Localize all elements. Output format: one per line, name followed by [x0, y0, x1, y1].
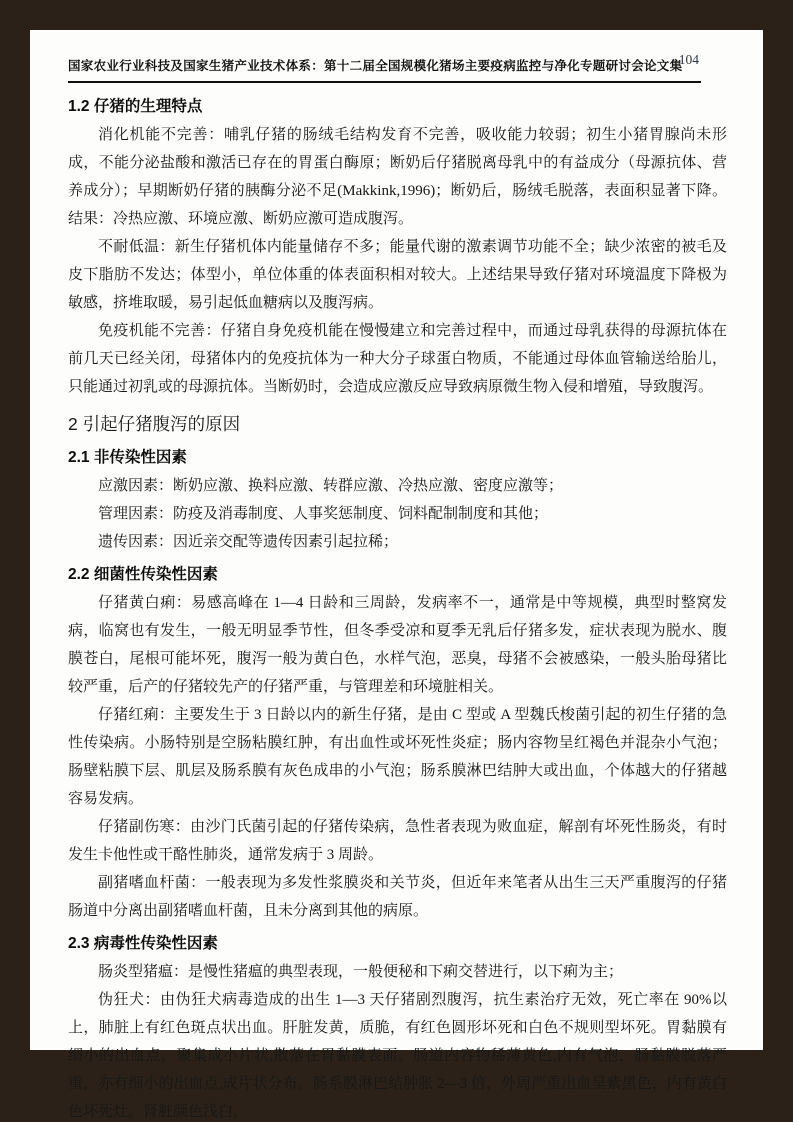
line-stress-factors: 应激因素：断奶应激、换料应激、转群应激、冷热应激、密度应激等；: [68, 472, 727, 500]
document-body: 1.2 仔猪的生理特点 消化机能不完善：哺乳仔猪的肠绒毛结构发育不完善，吸收能力…: [68, 93, 727, 1122]
paragraph-paratyphoid: 仔猪副伤寒：由沙门氏菌引起的仔猪传染病，急性者表现为败血症，解剖有坏死性肠炎，有…: [68, 813, 727, 869]
line-genetic-factors: 遗传因素：因近亲交配等遗传因素引起拉稀；: [68, 528, 727, 556]
section-heading-2-3: 2.3 病毒性传染性因素: [68, 930, 727, 958]
paragraph-immunity: 免疫机能不完善：仔猪自身免疫机能在慢慢建立和完善过程中，而通过母乳获得的母源抗体…: [68, 317, 727, 401]
paragraph-yellow-white-scour: 仔猪黄白痢：易感高峰在 1—4 日龄和三周龄，发病率不一，通常是中等规模，典型时…: [68, 589, 727, 701]
paragraph-cold-intolerance: 不耐低温：新生仔猪机体内能量储存不多；能量代谢的激素调节功能不全；缺少浓密的被毛…: [68, 233, 727, 317]
paragraph-pseudorabies: 伪狂犬：由伪狂犬病毒造成的出生 1—3 天仔猪剧烈腹泻，抗生素治疗无效，死亡率在…: [68, 986, 727, 1122]
line-management-factors: 管理因素：防疫及消毒制度、人事奖惩制度、饲料配制制度和其他；: [68, 500, 727, 528]
header-title: 国家农业行业科技及国家生猪产业技术体系：第十二届全国规模化猪场主要疫病监控与净化…: [68, 52, 668, 74]
page-number: 104: [679, 52, 727, 68]
page-header: 国家农业行业科技及国家生猪产业技术体系：第十二届全国规模化猪场主要疫病监控与净化…: [68, 52, 727, 74]
line-enteritis-swine-fever: 肠炎型猪瘟：是慢性猪瘟的典型表现，一般便秘和下痢交替进行，以下痢为主；: [68, 958, 727, 986]
section-heading-1-2: 1.2 仔猪的生理特点: [68, 93, 727, 121]
section-heading-2-2: 2.2 细菌性传染性因素: [68, 561, 727, 589]
paragraph-red-scour: 仔猪红痢：主要发生于 3 日龄以内的新生仔猪，是由 C 型或 A 型魏氏梭菌引起…: [68, 701, 727, 813]
paragraph-haemophilus-parasuis: 副猪嗜血杆菌：一般表现为多发性浆膜炎和关节炎，但近年来笔者从出生三天严重腹泻的仔…: [68, 869, 727, 925]
paper-page: 国家农业行业科技及国家生猪产业技术体系：第十二届全国规模化猪场主要疫病监控与净化…: [30, 30, 763, 1050]
header-rule: [68, 81, 701, 83]
section-heading-2: 2 引起仔猪腹泻的原因: [68, 409, 727, 439]
scanned-document-backdrop: { "header": { "title": "国家农业行业科技及国家生猪产业技…: [0, 0, 793, 1122]
section-heading-2-1: 2.1 非传染性因素: [68, 444, 727, 472]
paragraph-digestion: 消化机能不完善：哺乳仔猪的肠绒毛结构发育不完善，吸收能力较弱；初生小猪胃腺尚未形…: [68, 121, 727, 233]
